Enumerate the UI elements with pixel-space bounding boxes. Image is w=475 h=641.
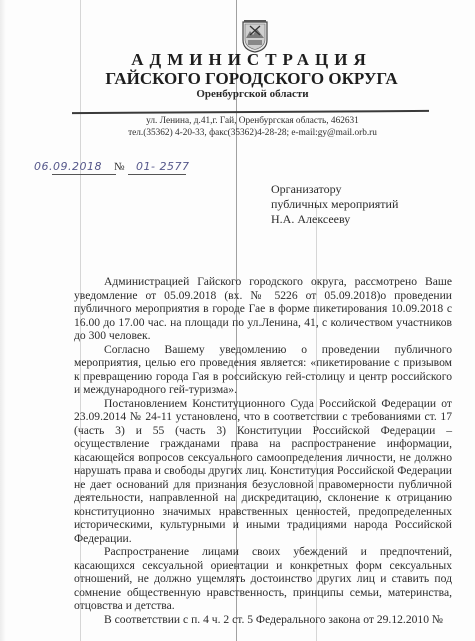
number-underline (128, 174, 186, 175)
registration-number: 01- 2577 (136, 160, 189, 173)
body-paragraph: Распространение лицами своих убеждений и… (74, 545, 452, 613)
body-paragraph: Согласно Вашему уведомлению о проведении… (74, 343, 452, 397)
body-paragraph: Постановлением Конституционного Суда Рос… (74, 397, 452, 546)
recipient-role: Организатору (271, 182, 398, 197)
letterhead-divider (72, 110, 429, 114)
postal-address: ул. Ленина, д.41,г. Гай, Оренбургская об… (0, 116, 475, 126)
region-name: Оренбургской области (0, 88, 475, 100)
body-paragraph: В соответствии с п. 4 ч. 2 ст. 5 Федерал… (74, 613, 452, 627)
body-paragraph: Администрацией Гайского городского округ… (74, 275, 452, 343)
city-coat-of-arms-icon (241, 20, 269, 53)
recipient-block: Организатору публичных мероприятий Н.А. … (271, 182, 398, 227)
contact-info: тел.(35362) 4-20-33, факс(35362)4-28-28;… (0, 128, 475, 138)
date-underline (52, 174, 116, 175)
organization-subtitle: ГАЙСКОГО ГОРОДСКОГО ОКРУГА (0, 69, 475, 89)
registration-date: 06.09.2018 (34, 160, 114, 173)
document-page: АДМИНИСТРАЦИЯ ГАЙСКОГО ГОРОДСКОГО ОКРУГА… (0, 0, 475, 641)
number-sign: № (114, 161, 125, 173)
letter-body: Администрацией Гайского городского округ… (74, 275, 452, 626)
recipient-role-detail: публичных мероприятий (271, 197, 398, 212)
organization-title: АДМИНИСТРАЦИЯ (0, 50, 475, 70)
recipient-name: Н.А. Алексееву (271, 212, 398, 227)
